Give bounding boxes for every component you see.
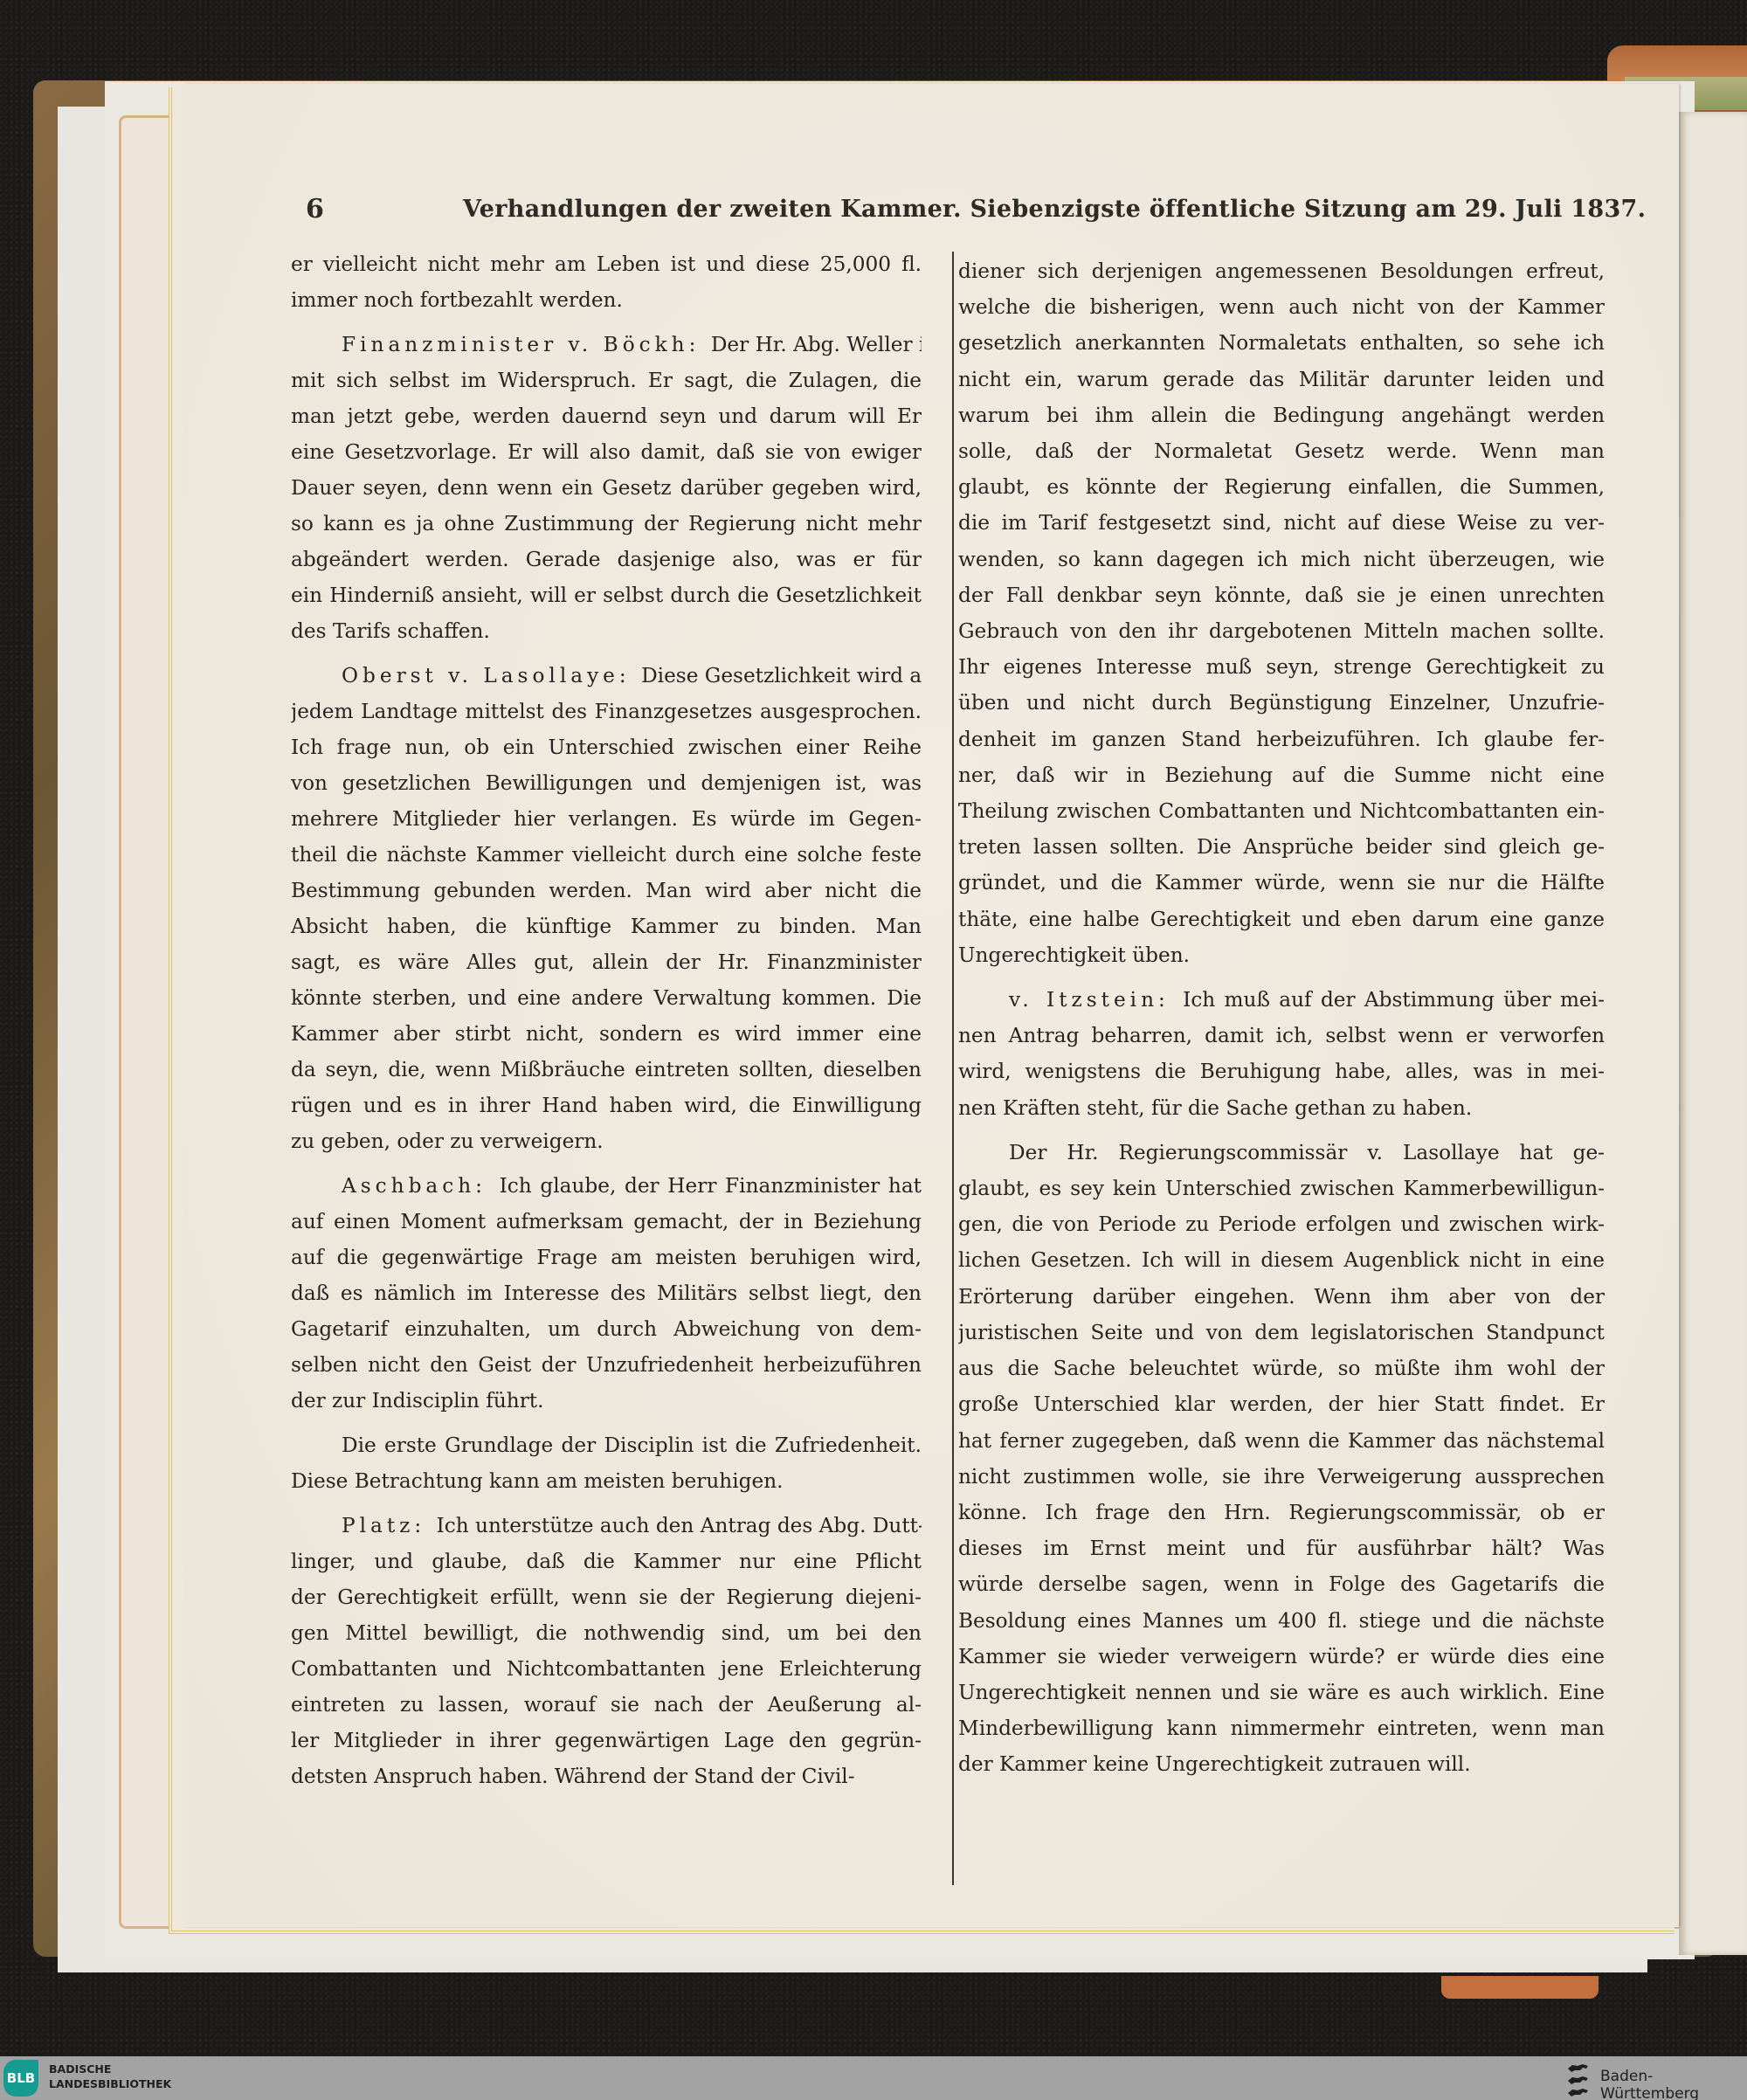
text-line: Kammer aber stirbt nicht, sondern es wir… — [291, 1016, 922, 1052]
text-line: nicht zustimmen wolle, sie ihre Verweige… — [958, 1459, 1605, 1495]
paragraph: Oberst v. Lasollaye: Diese Gesetzlichkei… — [291, 658, 922, 1159]
three-lions-coat-of-arms-icon — [1565, 2061, 1592, 2097]
text-line: solle, daß der Normaletat Gesetz werde. … — [958, 433, 1605, 469]
text-line: Dauer seyen, denn wenn ein Gesetz darübe… — [291, 470, 922, 506]
text-line: da seyn, die, wenn Mißbräuche eintreten … — [291, 1052, 922, 1088]
text-line: Ungerechtigkeit üben. — [958, 937, 1605, 973]
text-line: immer noch fortbezahlt werden. — [291, 282, 922, 318]
text-line: Bestimmung gebunden werden. Man wird abe… — [291, 873, 922, 908]
text-line: dieses im Ernst meint und für ausführbar… — [958, 1530, 1605, 1566]
text-line: nicht ein, warum gerade das Militär daru… — [958, 362, 1605, 397]
text-line: der Fall denkbar seyn könnte, daß sie je… — [958, 577, 1605, 613]
text-line: diener sich derjenigen angemessenen Beso… — [958, 253, 1605, 289]
text-line: des Tarifs schaffen. — [291, 613, 922, 649]
paragraph: Der Hr. Regierungscommissär v. Lasollaye… — [958, 1135, 1605, 1783]
running-head: 6 Verhandlungen der zweiten Kammer. Sieb… — [306, 194, 1441, 229]
text-line: juristischen Seite und von dem legislato… — [958, 1315, 1605, 1350]
text-line: gesetzlich anerkannten Normaletats entha… — [958, 325, 1605, 361]
text-line: große Unterschied klar werden, der hier … — [958, 1386, 1605, 1422]
text-line: rügen und es in ihrer Hand haben wird, d… — [291, 1088, 922, 1123]
text-line: wenden, so kann dagegen ich mich nicht ü… — [958, 542, 1605, 577]
paragraph: Finanzminister v. Böckh: Der Hr. Abg. We… — [291, 327, 922, 649]
paragraph: v. Itzstein: Ich muß auf der Abstimmung … — [958, 982, 1605, 1126]
text-line: Ihr eigenes Interesse muß seyn, strenge … — [958, 649, 1605, 685]
paragraph: Platz: Ich unterstütze auch den Antrag d… — [291, 1508, 922, 1794]
text-line: treten lassen sollten. Die Ansprüche bei… — [958, 829, 1605, 865]
speaker-name: Oberst v. Lasollaye: — [342, 664, 641, 687]
text-line: ler Mitglieder in ihrer gegenwärtigen La… — [291, 1723, 922, 1758]
text-line: Finanzminister v. Böckh: Der Hr. Abg. We… — [291, 327, 922, 363]
text-line: Ungerechtigkeit nennen und sie wäre es a… — [958, 1675, 1605, 1710]
text-line: daß es nämlich im Interesse des Militärs… — [291, 1275, 922, 1311]
text-line: man jetzt gebe, werden dauernd seyn und … — [291, 398, 922, 434]
blb-logo-name: BADISCHE LANDESBIBLIOTHEK — [49, 2062, 171, 2091]
text-line: Erörterung darüber eingehen. Wenn ihm ab… — [958, 1279, 1605, 1315]
text-line: mehrere Mitglieder hier verlangen. Es wü… — [291, 801, 922, 837]
text-line: Oberst v. Lasollaye: Diese Gesetzlichkei… — [291, 658, 922, 694]
text-line: Gebrauch von den ihr dargebotenen Mittel… — [958, 613, 1605, 649]
text-line: Diese Betrachtung kann am meisten beruhi… — [291, 1463, 922, 1499]
text-line: gründet, und die Kammer würde, wenn sie … — [958, 865, 1605, 901]
text-line: könne. Ich frage den Hrn. Regierungscomm… — [958, 1495, 1605, 1530]
text-line: Absicht haben, die künftige Kammer zu bi… — [291, 908, 922, 944]
speaker-name: Aschbach: — [342, 1174, 500, 1198]
text-line: Der Hr. Regierungscommissär v. Lasollaye… — [958, 1135, 1605, 1171]
paragraph: er vielleicht nicht mehr am Leben ist un… — [291, 246, 922, 318]
text-line: eine Gesetzvorlage. Er will also damit, … — [291, 434, 922, 470]
text-line: auf die gegenwärtige Frage am meisten be… — [291, 1240, 922, 1275]
text-line: ein Hinderniß ansieht, will er selbst du… — [291, 577, 922, 613]
text-line: der Gerechtigkeit erfüllt, wenn sie der … — [291, 1579, 922, 1615]
text-line: thäte, eine halbe Gerechtigkeit und eben… — [958, 901, 1605, 937]
text-line: gen Mittel bewilligt, die nothwendig sin… — [291, 1615, 922, 1651]
text-line: Minderbewilligung kann nimmermehr eintre… — [958, 1710, 1605, 1746]
speaker-name: v. Itzstein: — [1009, 988, 1183, 1012]
text-line: Die erste Grundlage der Disciplin ist di… — [291, 1427, 922, 1463]
text-line: üben und nicht durch Begünstigung Einzel… — [958, 685, 1605, 721]
text-line: linger, und glaube, daß die Kammer nur e… — [291, 1544, 922, 1579]
speaker-name: Platz: — [342, 1514, 437, 1537]
text-line: der zur Indisciplin führt. — [291, 1383, 922, 1419]
text-line: detsten Anspruch haben. Während der Stan… — [291, 1758, 922, 1794]
text-line: auf einen Moment aufmerksam gemacht, der… — [291, 1204, 922, 1240]
text-line: Besoldung eines Mannes um 400 fl. stiege… — [958, 1603, 1605, 1639]
right-column: diener sich derjenigen angemessenen Beso… — [958, 253, 1605, 1783]
text-line: würde derselbe sagen, wenn in Folge des … — [958, 1566, 1605, 1602]
text-line: lichen Gesetzen. Ich will in diesem Auge… — [958, 1242, 1605, 1278]
text-line: Gagetarif einzuhalten, um durch Abweichu… — [291, 1311, 922, 1347]
paragraph: Die erste Grundlage der Disciplin ist di… — [291, 1427, 922, 1499]
text-line: zu geben, oder zu verweigern. — [291, 1123, 922, 1159]
text-line: selben nicht den Geist der Unzufriedenhe… — [291, 1347, 922, 1383]
text-line: Ich frage nun, ob ein Unterschied zwisch… — [291, 729, 922, 765]
next-page-edge — [1679, 112, 1747, 1955]
footer-bar: BLB BADISCHE LANDESBIBLIOTHEK Baden-Würt… — [0, 2056, 1747, 2100]
baden-wuerttemberg-name: Baden-Württemberg — [1600, 2068, 1747, 2100]
text-line: denheit im ganzen Stand herbeizuführen. … — [958, 722, 1605, 757]
text-line: abgeändert werden. Gerade dasjenige also… — [291, 542, 922, 577]
book-spine-bottom — [1441, 1976, 1599, 1999]
text-line: so kann es ja ohne Zustimmung der Regier… — [291, 506, 922, 542]
page-number: 6 — [306, 194, 324, 225]
left-column: er vielleicht nicht mehr am Leben ist un… — [291, 246, 922, 1794]
text-line: gen, die von Periode zu Periode erfolgen… — [958, 1206, 1605, 1242]
text-line: aus die Sache beleuchtet würde, so müßte… — [958, 1350, 1605, 1386]
text-line: glaubt, es sey kein Unterschied zwischen… — [958, 1171, 1605, 1206]
text-line: jedem Landtage mittelst des Finanzgesetz… — [291, 694, 922, 729]
text-line: ner, daß wir in Beziehung auf die Summe … — [958, 757, 1605, 793]
blb-logo-badge: BLB — [3, 2060, 38, 2097]
text-line: wird, wenigstens die Beruhigung habe, al… — [958, 1053, 1605, 1089]
text-line: könnte sterben, und eine andere Verwaltu… — [291, 980, 922, 1016]
text-line: welche die bisherigen, wenn auch nicht v… — [958, 289, 1605, 325]
text-line: der Kammer keine Ungerechtigkeit zutraue… — [958, 1746, 1605, 1782]
text-line: von gesetzlichen Bewilligungen und demje… — [291, 765, 922, 801]
text-line: er vielleicht nicht mehr am Leben ist un… — [291, 246, 922, 282]
text-line: warum bei ihm allein die Bedingung angeh… — [958, 397, 1605, 433]
paragraph: Aschbach: Ich glaube, der Herr Finanzmin… — [291, 1168, 922, 1419]
text-line: hat ferner zugegeben, daß wenn die Kamme… — [958, 1423, 1605, 1459]
text-line: v. Itzstein: Ich muß auf der Abstimmung … — [958, 982, 1605, 1018]
text-line: nen Kräften steht, für die Sache gethan … — [958, 1090, 1605, 1126]
text-line: Combattanten und Nichtcombattanten jene … — [291, 1651, 922, 1687]
text-line: Aschbach: Ich glaube, der Herr Finanzmin… — [291, 1168, 922, 1204]
blb-name-line2: LANDESBIBLIOTHEK — [49, 2076, 171, 2091]
speaker-name: Finanzminister v. Böckh: — [342, 333, 711, 356]
paragraph: diener sich derjenigen angemessenen Beso… — [958, 253, 1605, 973]
text-line: nen Antrag beharren, damit ich, selbst w… — [958, 1018, 1605, 1053]
text-line: glaubt, es könnte der Regierung einfalle… — [958, 469, 1605, 505]
text-line: Kammer sie wieder verweigern würde? er w… — [958, 1639, 1605, 1675]
text-line: die im Tarif festgesetzt sind, nicht auf… — [958, 505, 1605, 541]
text-line: sagt, es wäre Alles gut, allein der Hr. … — [291, 944, 922, 980]
text-line: Theilung zwischen Combattanten und Nicht… — [958, 793, 1605, 829]
running-title: Verhandlungen der zweiten Kammer. Sieben… — [463, 196, 1646, 223]
text-line: Platz: Ich unterstütze auch den Antrag d… — [291, 1508, 922, 1544]
text-line: theil die nächste Kammer vielleicht durc… — [291, 837, 922, 873]
text-line: eintreten zu lassen, worauf sie nach der… — [291, 1687, 922, 1723]
column-divider — [952, 252, 954, 1885]
blb-name-line1: BADISCHE — [49, 2062, 171, 2076]
text-line: mit sich selbst im Widerspruch. Er sagt,… — [291, 363, 922, 398]
